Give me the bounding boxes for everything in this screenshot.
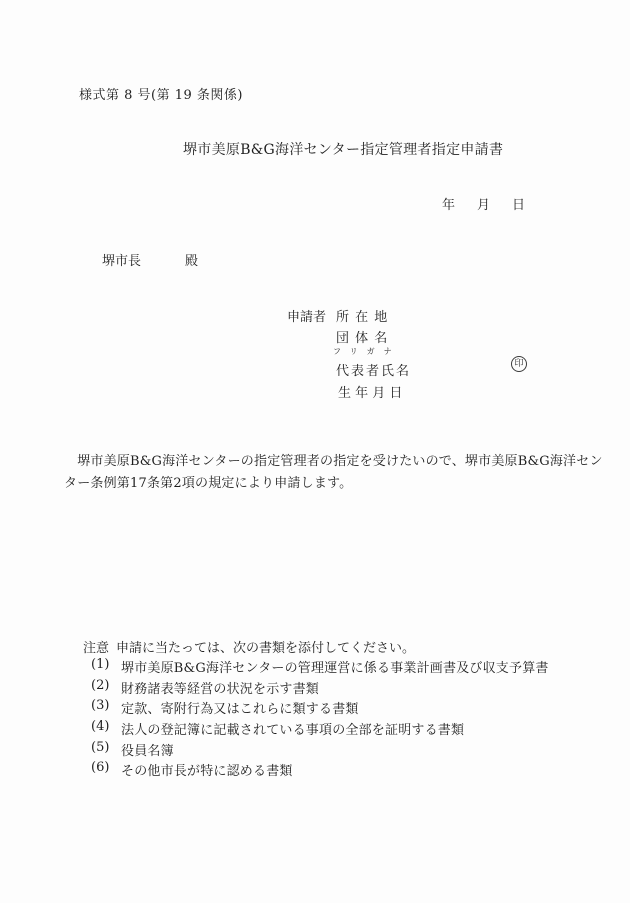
field-birthdate-label: 生 年 月 日 bbox=[338, 382, 402, 401]
note-item: (4) 法人の登記簿に記載されている事項の全部を証明する書類 bbox=[0, 719, 630, 740]
note-item-number: (4) bbox=[91, 719, 109, 734]
date-year-label: 年 bbox=[442, 194, 455, 213]
note-item-text: 法人の登記簿に記載されている事項の全部を証明する書類 bbox=[121, 719, 464, 738]
date-line: 年 月 日 bbox=[442, 194, 525, 213]
applicant-label: 申請者 bbox=[287, 306, 326, 325]
body-paragraph: 堺市美原B&G海洋センターの指定管理者の指定を受けたいので、堺市美原B&G海洋セ… bbox=[64, 451, 603, 494]
date-day-label: 日 bbox=[512, 194, 525, 213]
field-furigana-label: フリガナ bbox=[333, 346, 401, 357]
form-number: 様式第 8 号(第 19 条関係) bbox=[79, 84, 243, 103]
addressee-name: 堺市長 bbox=[102, 254, 141, 269]
notes-label: 注意 bbox=[83, 641, 109, 656]
note-item-number: (3) bbox=[91, 698, 109, 713]
document-page: 様式第 8 号(第 19 条関係) 堺市美原B&G海洋センター指定管理者指定申請… bbox=[0, 0, 630, 903]
note-item: (5) 役員名簿 bbox=[0, 740, 630, 761]
notes-list: (1) 堺市美原B&G海洋センターの管理運営に係る事業計画書及び収支予算書 (2… bbox=[0, 657, 630, 781]
note-item-number: (5) bbox=[91, 740, 109, 755]
note-item-number: (2) bbox=[91, 678, 109, 693]
note-item-text: 財務諸表等経営の状況を示す書類 bbox=[121, 678, 319, 697]
note-item-text: 堺市美原B&G海洋センターの管理運営に係る事業計画書及び収支予算書 bbox=[121, 657, 549, 676]
body-line-2: ター条例第17条第2項の規定により申請します。 bbox=[64, 473, 603, 495]
notes-instruction: 申請に当たっては、次の書類を添付してください。 bbox=[116, 641, 415, 656]
note-item: (6) その他市長が特に認める書類 bbox=[0, 760, 630, 781]
seal-mark-glyph: 印 bbox=[514, 360, 523, 369]
note-item-number: (1) bbox=[91, 657, 109, 672]
addressee-honorific: 殿 bbox=[185, 254, 198, 269]
field-address-label: 所 在 地 bbox=[336, 306, 388, 325]
seal-mark: 印 bbox=[511, 356, 527, 372]
note-item-text: その他市長が特に認める書類 bbox=[121, 760, 293, 779]
note-item: (1) 堺市美原B&G海洋センターの管理運営に係る事業計画書及び収支予算書 bbox=[0, 657, 630, 678]
date-month-label: 月 bbox=[477, 194, 490, 213]
document-title: 堺市美原B&G海洋センター指定管理者指定申請書 bbox=[183, 139, 503, 159]
note-item: (3) 定款、寄附行為又はこれらに類する書類 bbox=[0, 698, 630, 719]
note-item-text: 役員名簿 bbox=[121, 740, 174, 759]
field-representative-label: 代表者氏名 bbox=[336, 360, 411, 379]
field-organization-label: 団 体 名 bbox=[336, 327, 388, 346]
body-line-1: 堺市美原B&G海洋センターの指定管理者の指定を受けたいので、堺市美原B&G海洋セ… bbox=[64, 451, 603, 473]
note-item-text: 定款、寄附行為又はこれらに類する書類 bbox=[121, 698, 359, 717]
note-item: (2) 財務諸表等経営の状況を示す書類 bbox=[0, 678, 630, 699]
note-item-number: (6) bbox=[91, 760, 109, 775]
addressee-line: 堺市長殿 bbox=[102, 250, 198, 269]
notes-heading: 注意申請に当たっては、次の書類を添付してください。 bbox=[83, 637, 415, 656]
